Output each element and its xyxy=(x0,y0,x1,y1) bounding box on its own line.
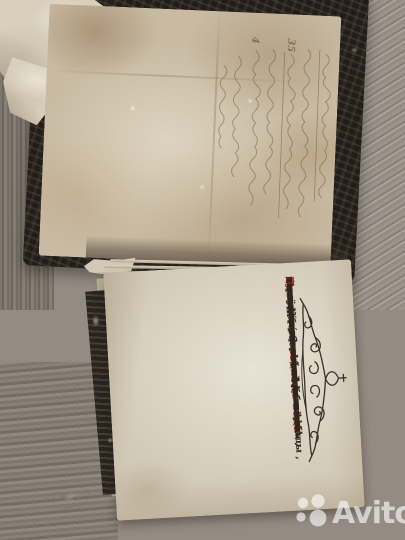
stained-flyleaf-page: 35 4 xyxy=(39,4,342,268)
inscription-digit: 35 xyxy=(285,38,297,52)
handwritten-inscription: 35 4 xyxy=(208,35,337,240)
printed-content-rotated: Стихъ ѡ послѣднѣмъ вѣцѣственомъ наведенї… xyxy=(122,268,354,500)
avito-logo-icon xyxy=(292,492,330,528)
inscription-digit: 4 xyxy=(249,36,260,43)
avito-watermark-label: Avito xyxy=(332,494,405,534)
woodcut-headpiece-ornament xyxy=(297,290,353,468)
avito-watermark: Avito xyxy=(292,492,404,536)
printed-text-page: Стихъ ѡ послѣднѣмъ вѣцѣственомъ наведенї… xyxy=(103,259,364,520)
photo-old-church-slavonic-book: 35 4 xyxy=(0,0,405,540)
